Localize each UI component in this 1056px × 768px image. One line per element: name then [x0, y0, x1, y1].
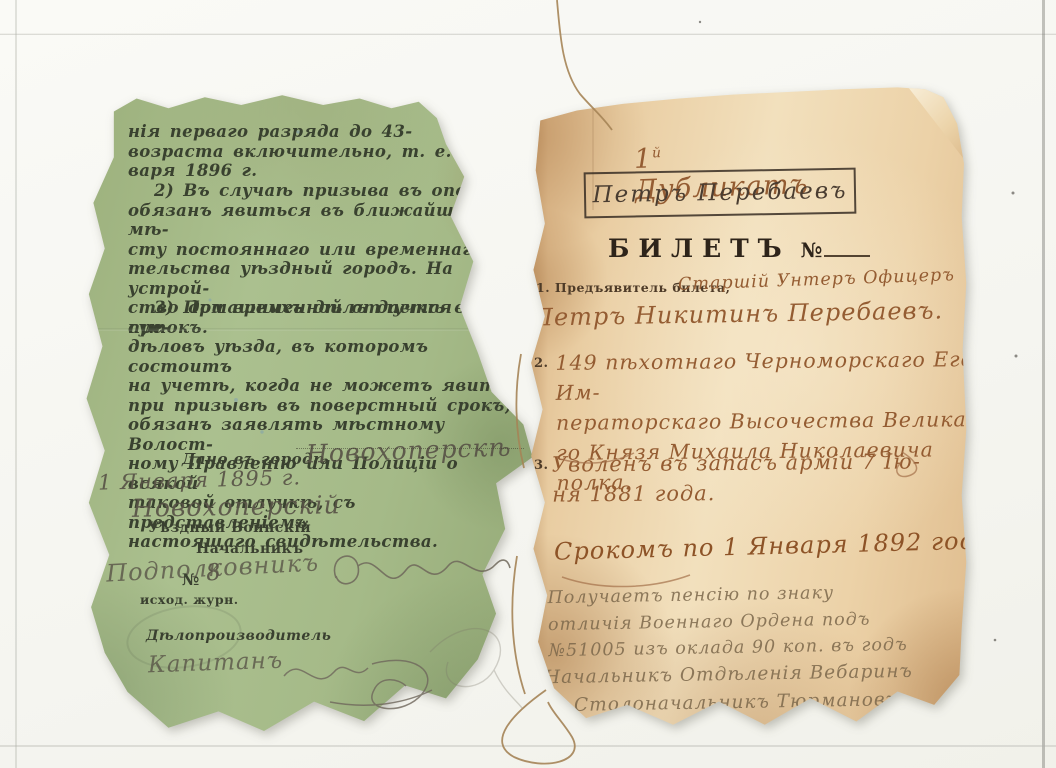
dotted-fill-line: [296, 448, 524, 449]
item3-discharge-handwritten: Уволенъ въ запасъ арміи 7 Ію- ня 1881 го…: [552, 446, 921, 509]
name-stamp-box: Петръ Перебаевъ: [584, 168, 857, 219]
scan-edge-right: [1042, 0, 1045, 768]
green-certificate-page: нія перваго разряда до 43- возраста вклю…: [82, 92, 537, 744]
number-value-handwritten: 8: [205, 559, 223, 586]
clerk-title-label: Дѣлопроизводитель: [146, 628, 331, 644]
term-line-handwritten: Срокомъ по 1 Января 1892 года: [554, 526, 992, 565]
duplicate-superscript: й: [652, 145, 663, 161]
scan-edge-top: [0, 33, 1056, 35]
ticket-number-blank: [824, 239, 870, 257]
clerk-rank-handwritten: Капитанъ: [148, 648, 284, 679]
ticket-number-sign: №: [801, 238, 825, 262]
holder-name-handwritten: Петръ Никитинъ Перебаевъ.: [532, 296, 944, 331]
item3-printed-label: 3.: [534, 458, 549, 473]
item1-rank-handwritten: Старшій Унтеръ Офицеръ: [678, 265, 955, 295]
office-title-line1: Уѣздный Воинскій: [148, 520, 311, 536]
number-label: №: [182, 570, 200, 589]
name-stamp-text: Петръ Перебаевъ: [592, 178, 847, 208]
ticket-title: БИЛЕТЪ№: [608, 234, 870, 263]
desk-officer-signature: Столоначальникъ Тюрмановъ: [574, 689, 899, 716]
item2-printed-label: 2.: [534, 356, 549, 371]
scanner-bed: нія перваго разряда до 43- возраста вклю…: [0, 0, 1056, 768]
green-paper: нія перваго разряда до 43- возраста вклю…: [82, 92, 537, 744]
scan-edge-left: [15, 0, 17, 768]
tan-paper: 1й Дубликатъ Петръ Перебаевъ БИЛЕТЪ№ 1. …: [522, 84, 980, 748]
folded-corner: [908, 87, 970, 167]
pension-note-handwritten: Получаетъ пенсію по знаку отличія Военна…: [547, 579, 908, 665]
green-body-fragment: нія перваго разряда до 43- возраста вклю…: [128, 122, 452, 181]
department-head-signature: Начальникъ Отдѣленія Вебаринъ: [544, 661, 913, 688]
ticket-page: 1й Дубликатъ Петръ Перебаевъ БИЛЕТЪ№ 1. …: [522, 84, 980, 748]
district-name-handwritten: Новохоперскій: [132, 490, 341, 523]
ticket-title-word: БИЛЕТЪ: [608, 234, 791, 263]
